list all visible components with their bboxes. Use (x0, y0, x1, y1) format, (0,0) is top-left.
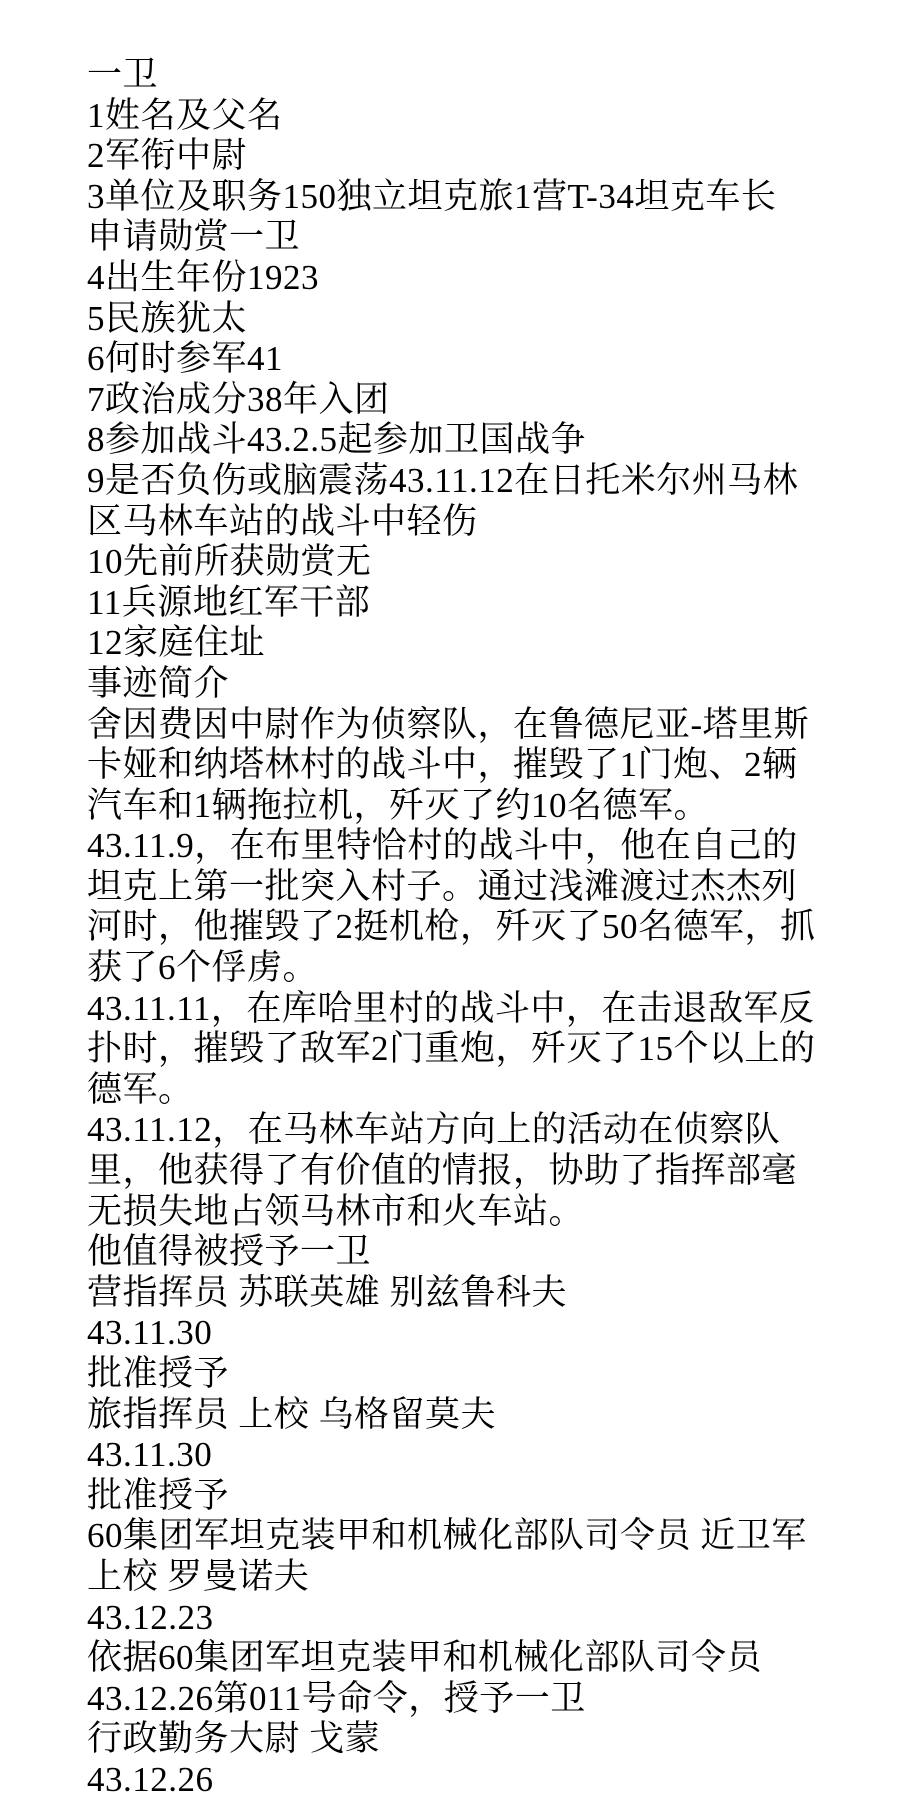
document-line-citation-10: 德军。 (87, 1070, 891, 1111)
document-line-date-1: 43.11.30 (87, 1313, 891, 1354)
document-line-signer-army-2: 上校 罗曼诺夫 (87, 1557, 891, 1598)
document-line-citation-3: 汽车和1辆拖拉机，歼灭了约10名德军。 (87, 786, 891, 827)
document-line-field-wounds-2: 区马林车站的战斗中轻伤 (87, 502, 891, 543)
document-page: 一卫 1姓名及父名 2军衔中尉 3单位及职务150独立坦克旅1营T-34坦克车长… (0, 0, 911, 1800)
document-line-field-recruitment: 11兵源地红军干部 (87, 583, 891, 624)
document-line-citation-6: 河时，他摧毁了2挺机枪，歼灭了50名德军，抓 (87, 907, 891, 948)
document-line-date-4: 43.12.26 (87, 1760, 891, 1800)
document-line-field-combat: 8参加战斗43.2.5起参加卫国战争 (87, 420, 891, 461)
document-line-field-unit: 3单位及职务150独立坦克旅1营T-34坦克车长 (87, 177, 891, 218)
document-line-citation-1: 舍因费因中尉作为侦察队，在鲁德尼亚-塔里斯 (87, 705, 891, 746)
document-line-order-basis-1: 依据60集团军坦克装甲和机械化部队司令员 (87, 1638, 891, 1679)
document-line-citation-4: 43.11.9，在布里特恰村的战斗中，他在自己的 (87, 826, 891, 867)
document-line-approval-1: 批准授予 (87, 1354, 891, 1395)
document-line-date-2: 43.11.30 (87, 1435, 891, 1476)
document-line-recommendation: 他值得被授予一卫 (87, 1232, 891, 1273)
document-line-field-award-request: 申请勋赏一卫 (87, 217, 891, 258)
document-line-date-3: 43.12.23 (87, 1598, 891, 1639)
document-line-field-name: 1姓名及父名 (87, 96, 891, 137)
document-line-citation-12: 里，他获得了有价值的情报，协助了指挥部毫 (87, 1151, 891, 1192)
document-line-citation-9: 扑时，摧毁了敌军2门重炮，歼灭了15个以上的 (87, 1029, 891, 1070)
document-line-citation-5: 坦克上第一批突入村子。通过浅滩渡过杰杰列 (87, 867, 891, 908)
document-line-order-basis-2: 43.12.26第011号命令，授予一卫 (87, 1679, 891, 1720)
document-line-citation-2: 卡娅和纳塔林村的战斗中，摧毁了1门炮、2辆 (87, 745, 891, 786)
document-line-field-ethnicity: 5民族犹太 (87, 299, 891, 340)
document-text-column: 一卫 1姓名及父名 2军衔中尉 3单位及职务150独立坦克旅1营T-34坦克车长… (87, 55, 891, 1800)
document-line-title: 一卫 (87, 55, 891, 96)
document-line-field-rank: 2军衔中尉 (87, 136, 891, 177)
document-line-approval-2: 批准授予 (87, 1476, 891, 1517)
document-line-citation-7: 获了6个俘虏。 (87, 948, 891, 989)
document-line-signer-brigade: 旅指挥员 上校 乌格留莫夫 (87, 1395, 891, 1436)
document-line-citation-13: 无损失地占领马林市和火车站。 (87, 1192, 891, 1233)
document-line-field-home-address: 12家庭住址 (87, 623, 891, 664)
document-line-signer-admin: 行政勤务大尉 戈蒙 (87, 1719, 891, 1760)
document-line-field-wounds-1: 9是否负伤或脑震荡43.11.12在日托米尔州马林 (87, 461, 891, 502)
document-line-citation-11: 43.11.12，在马林车站方向上的活动在侦察队 (87, 1110, 891, 1151)
document-line-field-enlist-year: 6何时参军41 (87, 339, 891, 380)
document-line-field-prior-awards: 10先前所获勋赏无 (87, 542, 891, 583)
document-line-signer-battalion: 营指挥员 苏联英雄 别兹鲁科夫 (87, 1273, 891, 1314)
document-line-citation-heading: 事迹简介 (87, 664, 891, 705)
document-line-field-birth-year: 4出生年份1923 (87, 258, 891, 299)
document-line-field-political: 7政治成分38年入团 (87, 380, 891, 421)
document-line-citation-8: 43.11.11，在库哈里村的战斗中，在击退敌军反 (87, 989, 891, 1030)
document-line-signer-army-1: 60集团军坦克装甲和机械化部队司令员 近卫军 (87, 1516, 891, 1557)
